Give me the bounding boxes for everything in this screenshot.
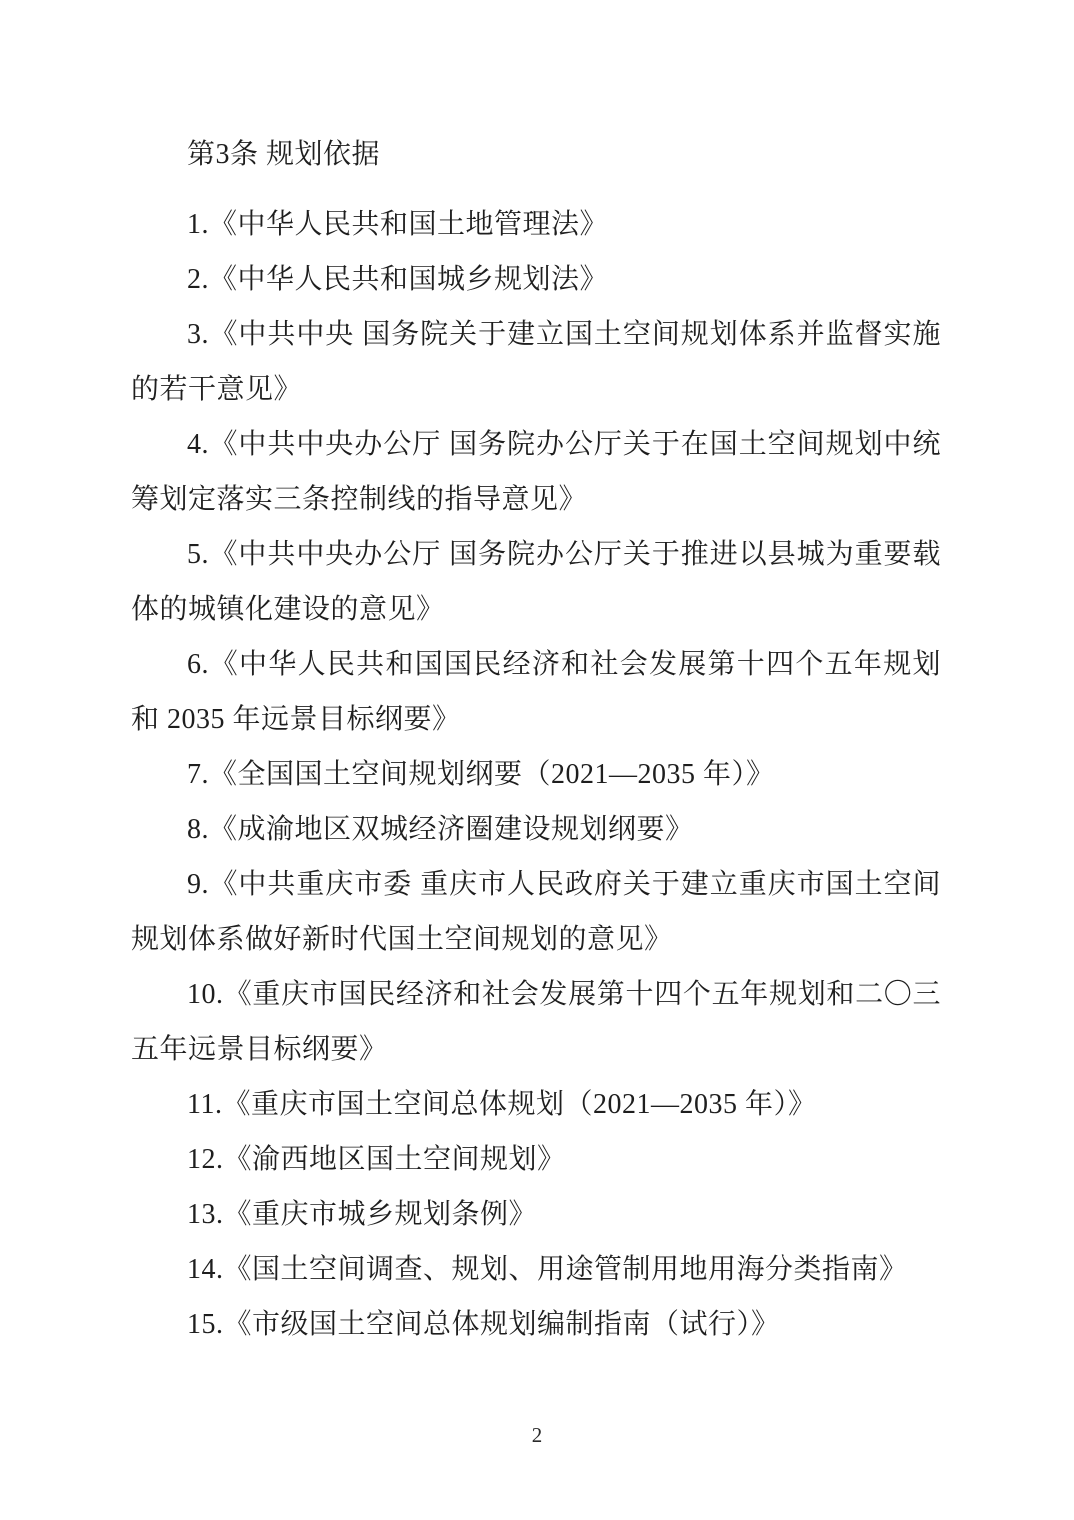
list-item-2: 2.《中华人民共和国城乡规划法》 xyxy=(131,252,941,307)
list-item-4: 4.《中共中央办公厅 国务院办公厅关于在国土空间规划中统筹划定落实三条控制线的指… xyxy=(131,417,941,527)
list-item-6: 6.《中华人民共和国国民经济和社会发展第十四个五年规划和 2035 年远景目标纲… xyxy=(131,637,941,747)
list-item-9: 9.《中共重庆市委 重庆市人民政府关于建立重庆市国土空间规划体系做好新时代国土空… xyxy=(131,857,941,967)
document-page: 第3条 规划依据 1.《中华人民共和国土地管理法》 2.《中华人民共和国城乡规划… xyxy=(0,0,1074,1520)
list-item-11: 11.《重庆市国土空间总体规划（2021—2035 年）》 xyxy=(131,1077,941,1132)
document-body: 第3条 规划依据 1.《中华人民共和国土地管理法》 2.《中华人民共和国城乡规划… xyxy=(131,127,941,1352)
list-item-1: 1.《中华人民共和国土地管理法》 xyxy=(131,197,941,252)
list-item-14: 14.《国土空间调查、规划、用途管制用地用海分类指南》 xyxy=(131,1242,941,1297)
list-item-15: 15.《市级国土空间总体规划编制指南（试行）》 xyxy=(131,1297,941,1352)
list-item-8: 8.《成渝地区双城经济圈建设规划纲要》 xyxy=(131,802,941,857)
list-item-10: 10.《重庆市国民经济和社会发展第十四个五年规划和二〇三五年远景目标纲要》 xyxy=(131,967,941,1077)
list-item-5: 5.《中共中央办公厅 国务院办公厅关于推进以县城为重要载体的城镇化建设的意见》 xyxy=(131,527,941,637)
list-item-12: 12.《渝西地区国土空间规划》 xyxy=(131,1132,941,1187)
section-heading: 第3条 规划依据 xyxy=(131,127,941,182)
list-item-3: 3.《中共中央 国务院关于建立国土空间规划体系并监督实施的若干意见》 xyxy=(131,307,941,417)
list-item-13: 13.《重庆市城乡规划条例》 xyxy=(131,1187,941,1242)
list-item-7: 7.《全国国土空间规划纲要（2021—2035 年）》 xyxy=(131,747,941,802)
page-number: 2 xyxy=(0,1422,1074,1448)
